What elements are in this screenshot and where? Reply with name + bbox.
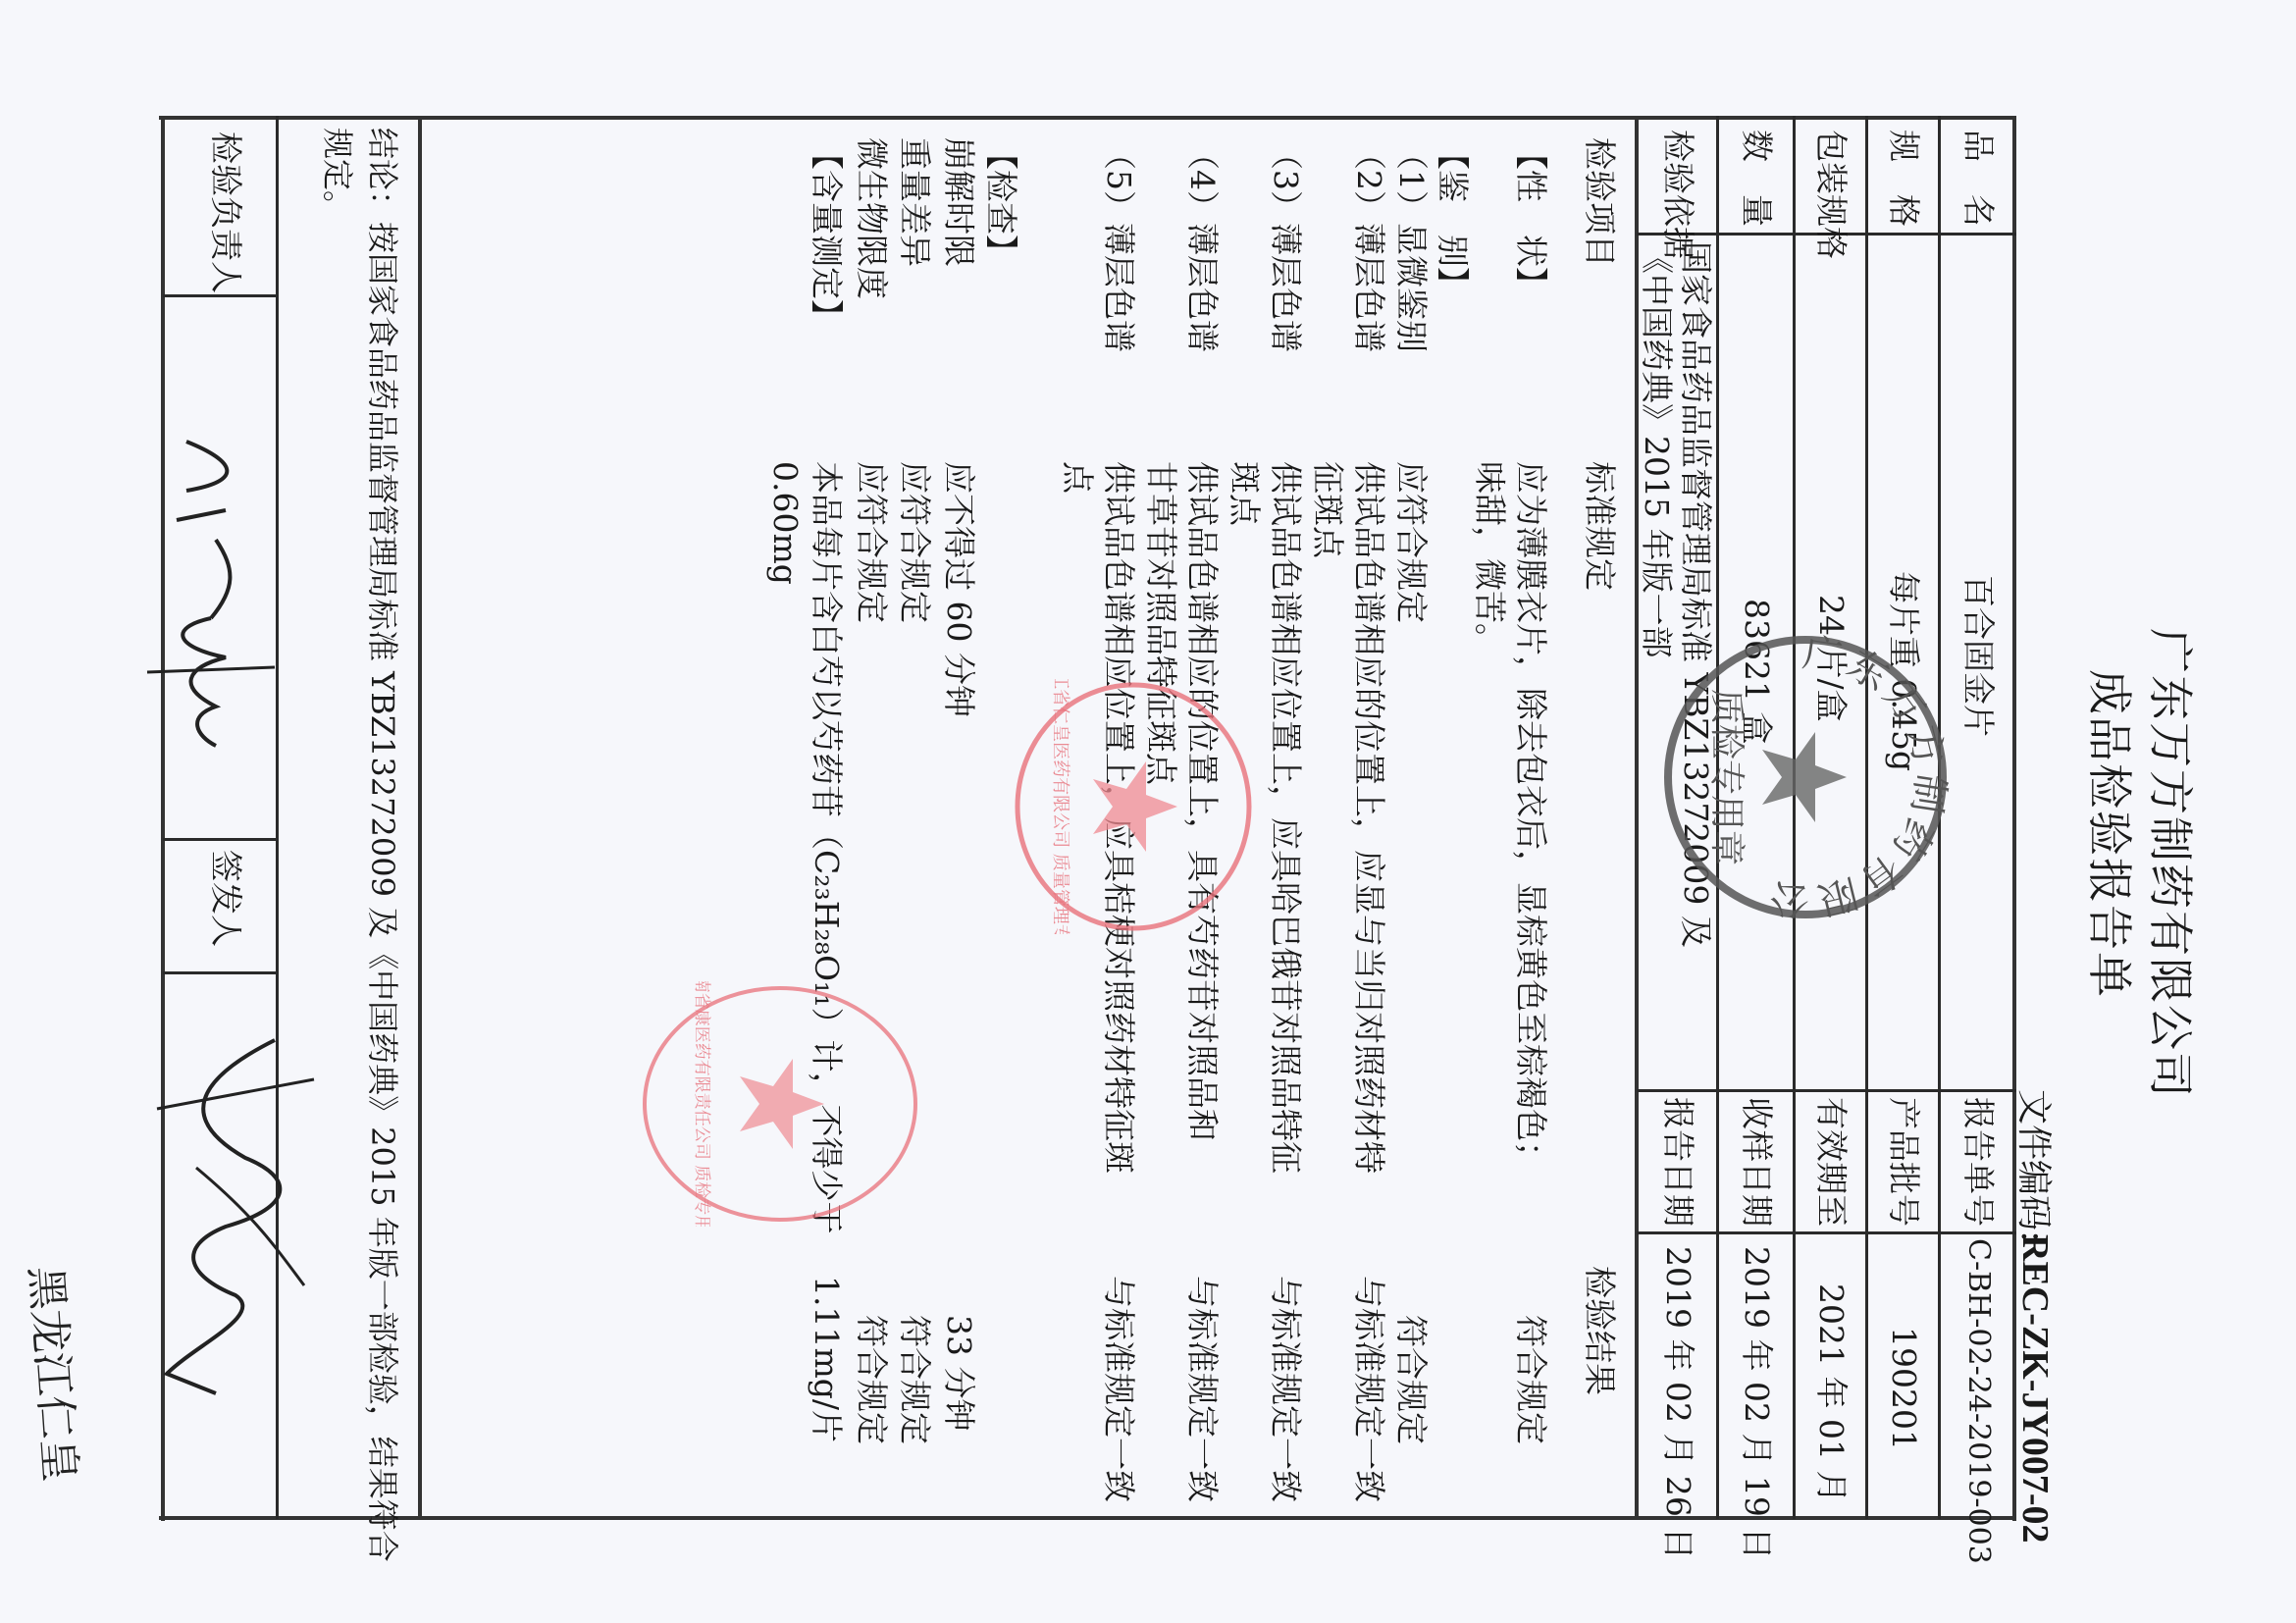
test-standard-line: 应为薄膜衣片，除去包衣后，显棕黄色至棕褐色； [1511,461,1550,1174]
test-standard-line: 应符合规定 [1391,461,1431,623]
table-bottom-border [161,116,165,1521]
test-result: 符合规定 [1391,1315,1431,1444]
test-standard-line: 甘草苷对照品特征斑点 [1141,461,1180,785]
test-standard-line: 供试品色谱相应位置上，应具哈巴俄苷对照品特征 [1266,461,1305,1174]
test-item-name: （3）薄层色谱 [1266,137,1305,352]
test-standard-line: 供试品色谱相应位置上，应具桔梗对照药材特征斑 [1099,461,1138,1174]
inspector-label: 检验负责人 [206,131,245,293]
test-standard-line: 应不得过 60 分钟 [939,461,978,717]
test-result: 与标准规定一致 [1182,1276,1222,1502]
test-standard-line: 应符合规定 [895,461,934,623]
conclusion-line2: 规定。 [318,128,357,222]
quantity-label: 数 量 [1737,130,1776,227]
issuer-label: 签发人 [206,850,245,947]
test-result: 与标准规定一致 [1099,1276,1138,1502]
spec-label: 规 格 [1884,130,1923,227]
test-standard-line: 点 [1058,461,1097,494]
red-seal-distributor-2: 河南省康医药有限责任公司 质检专用章 [638,981,922,1227]
product-name: 百合固金片 [1958,575,1998,737]
sample-date: 2019 年 02 月 19 日 [1737,1246,1776,1559]
test-result: 与标准规定一致 [1349,1276,1388,1502]
test-result: 符合规定 [852,1315,891,1444]
company-name: 广东万方制药有限公司 [2143,628,2198,1099]
test-standard-line: 本品每片含白芍以芍药苷（C₂₃H₂₈O₁₁）计，不得少于 [807,461,846,1233]
report-date-label: 报告日期 [1658,1097,1697,1227]
header-item: 检验项目 [1580,137,1619,267]
test-item-name: 崩解时限 [939,137,978,267]
package-label: 包装规格 [1811,130,1851,259]
batch: 190201 [1884,1327,1923,1450]
test-item-name: 【含量测定】 [807,137,846,332]
quantity: 83621 盒 [1737,599,1776,744]
spec: 每片重 0.45g [1884,571,1923,771]
sample-date-label: 收样日期 [1737,1097,1776,1227]
table-top-border [2012,116,2016,1521]
test-standard-line: 0.60mg [765,461,805,585]
expiry-label: 有效期至 [1811,1097,1851,1227]
test-standard-line: 应符合规定 [852,461,891,623]
test-item-name: 【检查】 [981,137,1020,267]
report-title: 成品检验报告单 [2082,669,2137,999]
header-standard: 标准规定 [1580,461,1619,591]
test-result: 符合规定 [1511,1315,1550,1444]
svg-text:河南省康医药有限责任公司 质检专用章: 河南省康医药有限责任公司 质检专用章 [692,981,712,1227]
report-date: 2019 年 02 月 26 日 [1658,1246,1697,1559]
test-item-name: 微生物限度 [852,137,891,299]
test-standard-line: 味甜，微苦。 [1470,461,1509,655]
svg-text:黑龙江省仁皇医药有限公司 质量管理专用章: 黑龙江省仁皇医药有限公司 质量管理专用章 [1050,679,1070,934]
report-no: C-BH-02-24-2019-003 [1958,1238,1998,1564]
test-item-name: （5）薄层色谱 [1099,137,1138,352]
product-name-label: 品 名 [1958,130,1998,227]
expiry: 2021 年 01 月 [1811,1283,1851,1502]
test-item-name: （1）显微鉴别 [1391,137,1431,352]
test-result: 与标准规定一致 [1266,1276,1305,1502]
basis-line1: 国家食品药品监督管理局标准 YBZ13272009 及 [1676,241,1715,948]
doc-code: REC-ZK-JY007-02 [2013,1234,2057,1544]
issuer-signature [137,1021,334,1433]
conclusion-line1: 结论：按国家食品药品监督管理局标准 YBZ13272009 及《中国药典》201… [363,128,402,1562]
table-left-border [159,116,2016,120]
svg-text:广东万方制药有限公司: 广东万方制药有限公司 [1763,630,1953,924]
test-item-name: （4）薄层色谱 [1182,137,1222,352]
test-standard-line: 供试品色谱相应的位置上，应显与当归对照药材特 [1349,461,1388,1174]
header-result: 检验结果 [1580,1266,1619,1395]
test-item-name: （2）薄层色谱 [1349,137,1388,352]
report-no-label: 报告单号 [1958,1097,1998,1227]
basis-line2: 《中国药典》2015 年版一部 [1637,241,1676,657]
doc-code-label: 文件编码: [2013,1089,2053,1242]
test-result: 1.11mg/片 [807,1276,846,1442]
test-item-name: 【鉴 别】 [1433,137,1472,299]
test-result: 符合规定 [895,1315,934,1444]
test-item-name: 重量差异 [895,137,934,267]
handwritten-note: 黑龙江仁皇 [18,1264,95,1484]
test-standard-line: 斑点 [1225,461,1264,526]
test-result: 33 分钟 [939,1315,978,1431]
test-standard-line: 供试品色谱相应的位置上，具有芍药苷对照品和 [1182,461,1222,1141]
inspection-report-page: 广东万方制药有限公司 成品检验报告单 文件编码: REC-ZK-JY007-02… [0,0,2296,1623]
package: 24 片/盒 [1811,595,1851,722]
basis-label: 检验依据 [1658,130,1697,259]
batch-label: 产品批号 [1884,1097,1923,1227]
test-standard-line: 征斑点 [1308,461,1347,558]
test-item-name: 【性 状】 [1511,137,1550,299]
